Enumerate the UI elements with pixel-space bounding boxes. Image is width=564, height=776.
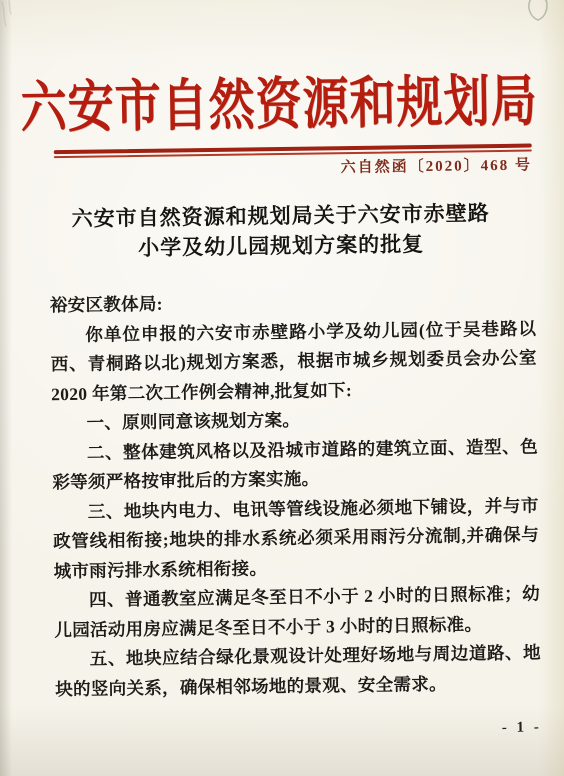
body-paragraph-item-5: 五、地块应结合绿化景观设计处理好场地与周边道路、地块的竖向关系，确保相邻场地的景… bbox=[55, 638, 542, 704]
document-reference-number: 六自然函〔2020〕468 号 bbox=[341, 153, 533, 177]
body-paragraph-intro: 你单位申报的六安市赤壁路小学及幼儿园(位于吴巷路以西、青桐路以北)规划方案悉，根… bbox=[50, 314, 537, 409]
body-paragraph-item-3: 三、地块内电力、电讯等管线设施必须地下铺设，并与市政管线相衔接;地块的排水系统必… bbox=[53, 491, 540, 586]
document-page: 六安市自然资源和规划局 六自然函〔2020〕468 号 六安市自然资源和规划局关… bbox=[0, 0, 564, 776]
agency-letterhead-title: 六安市自然资源和规划局 bbox=[0, 56, 562, 144]
document-body: 裕安区教体局: 你单位申报的六安市赤壁路小学及幼儿园(位于吴巷路以西、青桐路以北… bbox=[50, 284, 542, 704]
pen-scribble-mark bbox=[516, 0, 556, 28]
document-title: 六安市自然资源和规划局关于六安市赤壁路 小学及幼儿园规划方案的批复 bbox=[0, 197, 563, 265]
page-number: - 1 - bbox=[502, 719, 542, 737]
document-photo: 六安市自然资源和规划局 六自然函〔2020〕468 号 六安市自然资源和规划局关… bbox=[0, 0, 564, 776]
body-paragraph-item-4: 四、普通教室应满足冬至日不小于 2 小时的日照标准；幼儿园活动用房应满足冬至日不… bbox=[54, 579, 541, 645]
body-paragraph-item-2: 二、整体建筑风格以及沿城市道路的建筑立面、造型、色彩等须严格按审批后的方案实施。 bbox=[52, 432, 539, 498]
